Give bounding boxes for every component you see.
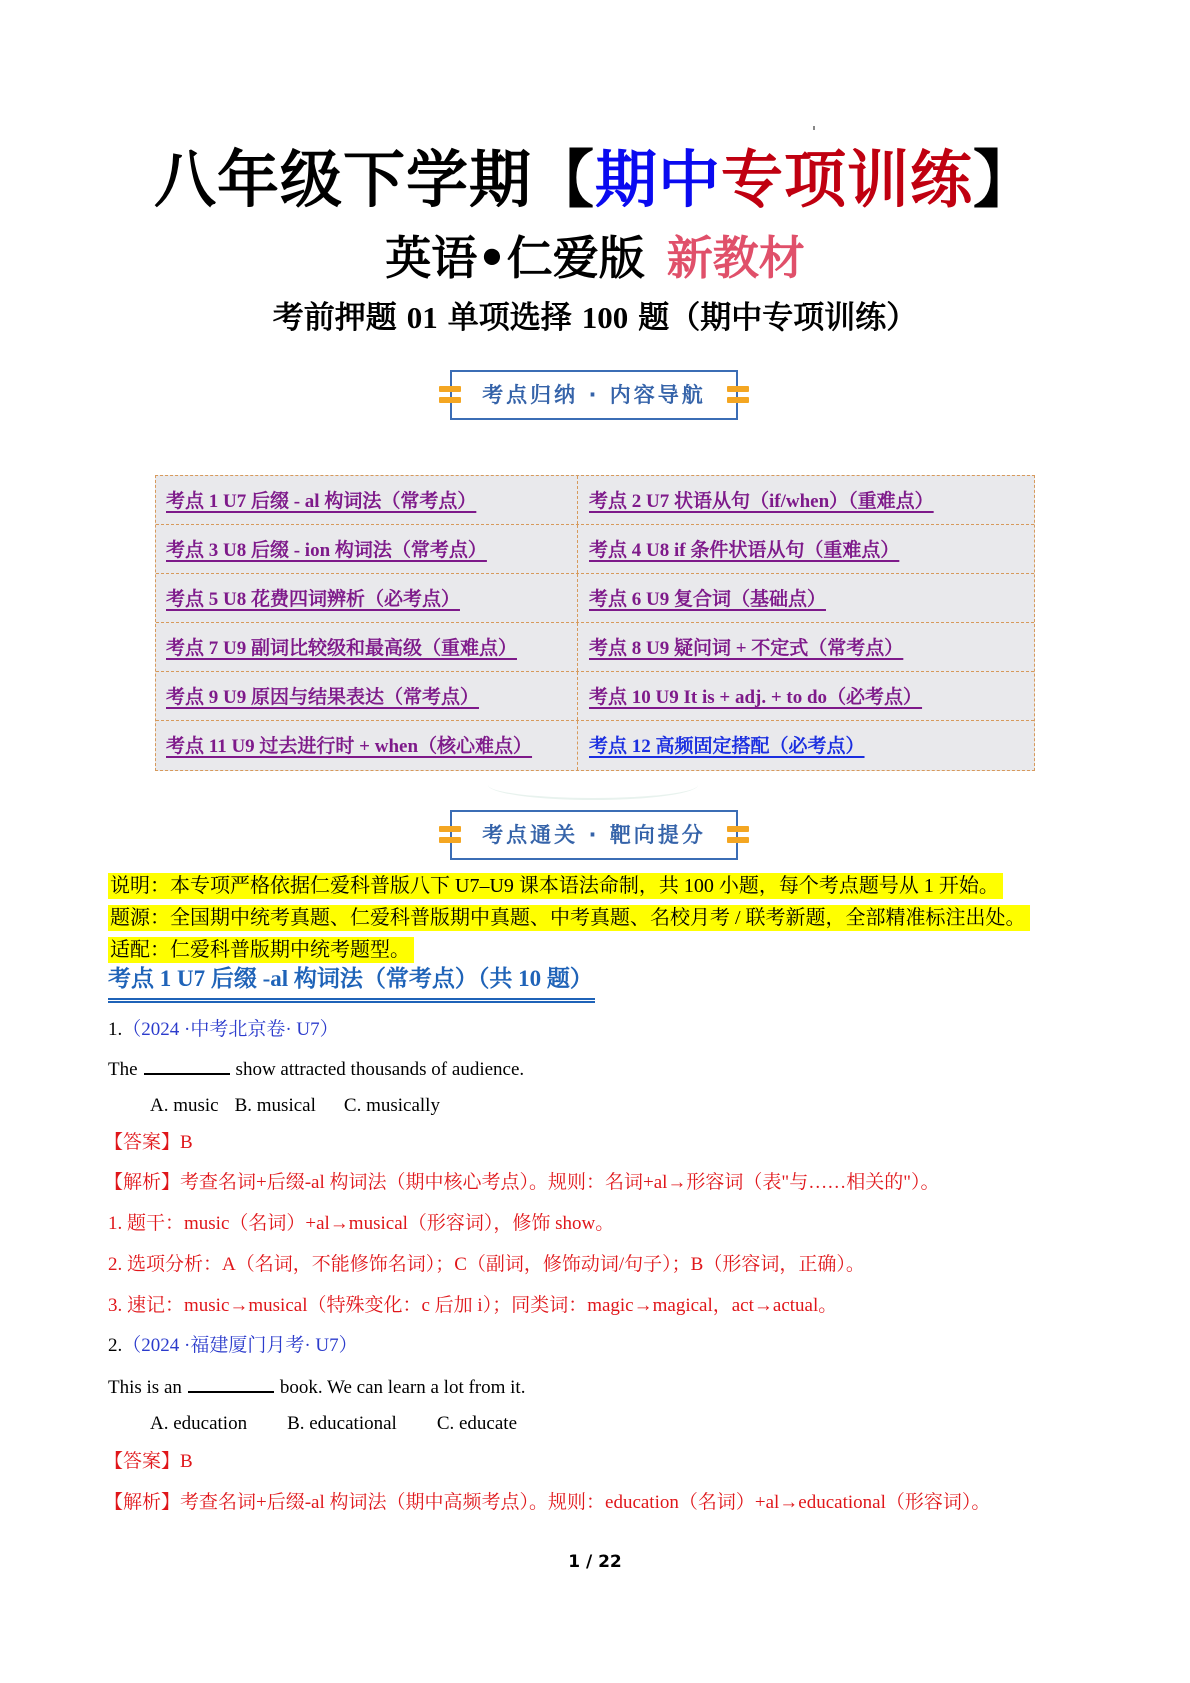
doc-title: 考前押题01单项选择100题（期中专项训练） <box>0 296 1190 340</box>
banner-cap-icon <box>727 386 749 404</box>
doc-title-num2: 100 <box>582 300 629 335</box>
subtitle: 英语•仁爱版新教材 <box>0 226 1190 290</box>
nav-banner-label: 考点归纳 · 内容导航 <box>452 372 736 418</box>
toc-cell: 考点 12 高频固定搭配（必考点） <box>578 721 1034 770</box>
question-source: （2024 ·福建厦门月考· U7） <box>122 1335 357 1356</box>
stem-before: The <box>108 1059 138 1080</box>
question-1-stem: Theshow attracted thousands of audience. <box>108 1055 524 1084</box>
main-title-prefix: 八年级下学期【 <box>154 143 595 216</box>
question-2-answer: 【答案】B <box>104 1448 193 1476</box>
option-a: A. education <box>150 1410 247 1438</box>
toc-link-3[interactable]: 考点 3 U8 后缀 - ion 构词法（常考点） <box>166 540 487 561</box>
doc-title-part3: 题（期中专项训练） <box>638 300 917 336</box>
toc-cell: 考点 5 U8 花费四词辨析（必考点） <box>156 574 578 622</box>
main-title-red: 专项训练 <box>721 143 973 216</box>
toc-cell: 考点 7 U9 副词比较级和最高级（重难点） <box>156 623 578 671</box>
question-1-analysis-point: 3. 速记：music→musical（特殊变化：c 后加 i）；同类词：mag… <box>108 1292 837 1320</box>
page-number: 1 / 22 <box>0 1552 1190 1572</box>
banner-cap-icon <box>727 826 749 844</box>
toc-row: 考点 11 U9 过去进行时 + when（核心难点） 考点 12 高频固定搭配… <box>156 721 1034 770</box>
question-1-answer: 【答案】B <box>104 1129 193 1157</box>
toc-row: 考点 9 U9 原因与结果表达（常考点） 考点 10 U9 It is + ad… <box>156 672 1034 721</box>
toc-link-10[interactable]: 考点 10 U9 It is + adj. + to do（必考点） <box>589 687 922 708</box>
toc-row: 考点 5 U8 花费四词辨析（必考点） 考点 6 U9 复合词（基础点） <box>156 574 1034 623</box>
toc-cell: 考点 1 U7 后缀 - al 构词法（常考点） <box>156 476 578 524</box>
option-b: B. musical <box>235 1092 316 1120</box>
toc-cell: 考点 4 U8 if 条件状语从句（重难点） <box>578 525 1034 573</box>
main-title: 八年级下学期【期中专项训练】 <box>0 140 1190 220</box>
stray-mark <box>813 126 815 130</box>
nav-banner: 考点归纳 · 内容导航 <box>450 370 738 420</box>
note-description: 说明：本专项严格依据仁爱科普版八下 U7–U9 课本语法命制，共 100 小题，… <box>108 873 1003 899</box>
doc-title-num1: 01 <box>407 300 438 335</box>
toc-link-4[interactable]: 考点 4 U8 if 条件状语从句（重难点） <box>589 540 899 561</box>
section-heading: 考点 1 U7 后缀 -al 构词法（常考点）（共 10 题） <box>108 962 595 1003</box>
question-2-stem: This is anbook. We can learn a lot from … <box>108 1373 525 1402</box>
note-sources: 题源：全国期中统考真题、仁爱科普版期中真题、中考真题、名校月考 / 联考新题，全… <box>108 905 1030 931</box>
option-c: C. musically <box>344 1092 440 1120</box>
toc-cell: 考点 10 U9 It is + adj. + to do（必考点） <box>578 672 1034 720</box>
question-2-header: 2.（2024 ·福建厦门月考· U7） <box>108 1332 358 1360</box>
question-1-analysis-point: 2. 选项分析：A（名词，不能修饰名词）；C（副词，修饰动词/句子）；B（形容词… <box>108 1251 865 1279</box>
question-2-options: A. educationB. educationalC. educate <box>150 1410 533 1438</box>
question-1-header: 1.（2024 ·中考北京卷· U7） <box>108 1016 339 1044</box>
toc-link-7[interactable]: 考点 7 U9 副词比较级和最高级（重难点） <box>166 638 517 659</box>
toc-row: 考点 1 U7 后缀 - al 构词法（常考点） 考点 2 U7 状语从句（if… <box>156 476 1034 525</box>
option-c: C. educate <box>437 1410 517 1438</box>
notes-block: 说明：本专项严格依据仁爱科普版八下 U7–U9 课本语法命制，共 100 小题，… <box>108 870 1030 966</box>
main-title-blue: 期中 <box>595 143 721 216</box>
toc-cell: 考点 11 U9 过去进行时 + when（核心难点） <box>156 721 578 770</box>
subtitle-highlight: 新教材 <box>667 231 805 285</box>
toc-link-9[interactable]: 考点 9 U9 原因与结果表达（常考点） <box>166 687 479 708</box>
toc-link-8[interactable]: 考点 8 U9 疑问词 + 不定式（常考点） <box>589 638 903 659</box>
toc-table: 考点 1 U7 后缀 - al 构词法（常考点） 考点 2 U7 状语从句（if… <box>155 475 1035 771</box>
answer-blank <box>144 1055 230 1075</box>
toc-row: 考点 3 U8 后缀 - ion 构词法（常考点） 考点 4 U8 if 条件状… <box>156 525 1034 574</box>
toc-cell: 考点 2 U7 状语从句（if/when）（重难点） <box>578 476 1034 524</box>
question-1-options: A. musicB. musicalC. musically <box>150 1092 456 1120</box>
doc-title-part2: 单项选择 <box>448 300 572 336</box>
toc-cell: 考点 9 U9 原因与结果表达（常考点） <box>156 672 578 720</box>
toc-link-1[interactable]: 考点 1 U7 后缀 - al 构词法（常考点） <box>166 491 476 512</box>
note-fit: 适配：仁爱科普版期中统考题型。 <box>108 937 414 963</box>
toc-link-11[interactable]: 考点 11 U9 过去进行时 + when（核心难点） <box>166 736 532 757</box>
toc-link-5[interactable]: 考点 5 U8 花费四词辨析（必考点） <box>166 589 460 610</box>
answer-blank <box>188 1373 274 1393</box>
section-heading-text: 考点 1 U7 后缀 -al 构词法（常考点）（共 10 题） <box>108 962 595 1003</box>
question-1-analysis: 【解析】考查名词+后缀-al 构词法（期中核心考点）。规则：名词+al→形容词（… <box>104 1169 939 1197</box>
toc-row: 考点 7 U9 副词比较级和最高级（重难点） 考点 8 U9 疑问词 + 不定式… <box>156 623 1034 672</box>
option-a: A. music <box>150 1092 219 1120</box>
toc-link-2[interactable]: 考点 2 U7 状语从句（if/when）（重难点） <box>589 491 934 512</box>
question-2-analysis: 【解析】考查名词+后缀-al 构词法（期中高频考点）。规则：education（… <box>104 1489 990 1517</box>
main-title-suffix: 】 <box>973 143 1036 216</box>
doc-title-part1: 考前押题 <box>273 300 397 336</box>
stem-before: This is an <box>108 1377 182 1398</box>
option-b: B. educational <box>287 1410 397 1438</box>
question-source: （2024 ·中考北京卷· U7） <box>122 1019 338 1040</box>
toc-link-12[interactable]: 考点 12 高频固定搭配（必考点） <box>589 736 865 757</box>
practice-banner: 考点通关 · 靶向提分 <box>450 810 738 860</box>
subtitle-main: 英语•仁爱版 <box>385 231 644 285</box>
toc-cell: 考点 8 U9 疑问词 + 不定式（常考点） <box>578 623 1034 671</box>
decorative-watermark <box>488 770 698 800</box>
question-1-analysis-point: 1. 题干：music（名词）+al→musical（形容词），修饰 show。 <box>108 1210 614 1238</box>
question-number: 1. <box>108 1019 122 1040</box>
practice-banner-label: 考点通关 · 靶向提分 <box>452 812 736 858</box>
stem-after: book. We can learn a lot from it. <box>280 1377 526 1398</box>
toc-cell: 考点 6 U9 复合词（基础点） <box>578 574 1034 622</box>
toc-link-6[interactable]: 考点 6 U9 复合词（基础点） <box>589 589 826 610</box>
question-number: 2. <box>108 1335 122 1356</box>
stem-after: show attracted thousands of audience. <box>236 1059 525 1080</box>
toc-cell: 考点 3 U8 后缀 - ion 构词法（常考点） <box>156 525 578 573</box>
